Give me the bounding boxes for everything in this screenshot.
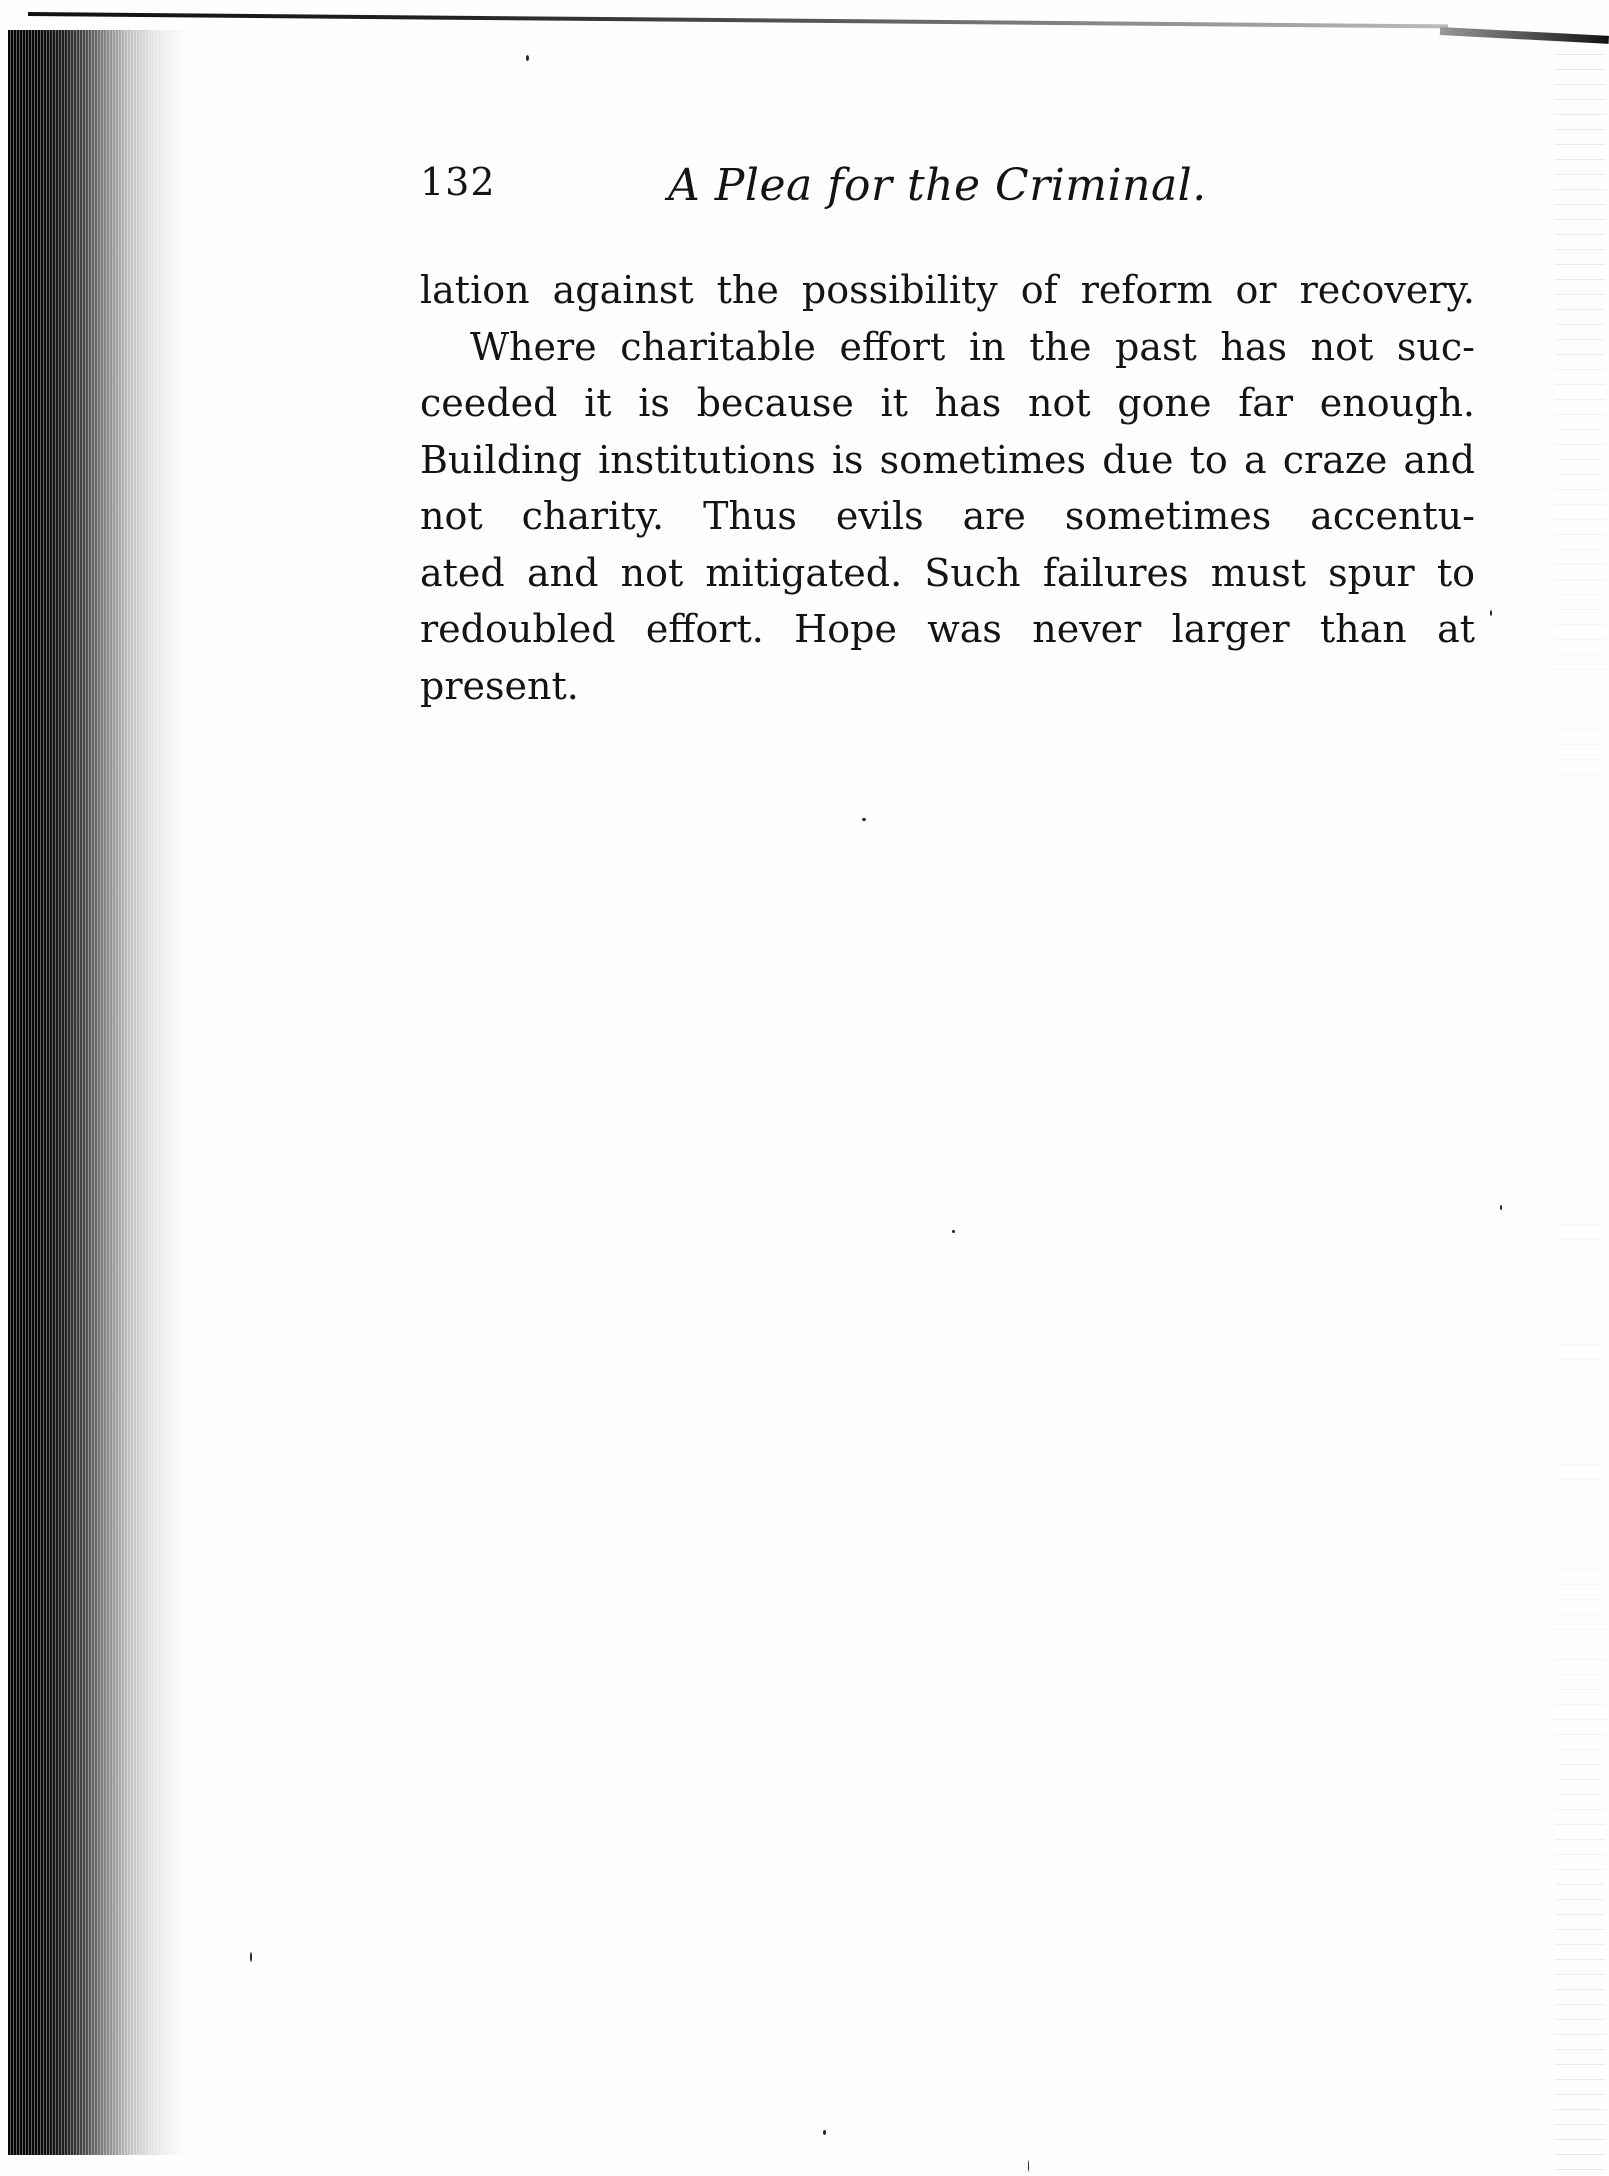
- page-number: 132: [420, 160, 496, 204]
- text-line: not charity. Thus evils are sometimes ac…: [420, 488, 1475, 545]
- text-line: lation against the possibility of reform…: [420, 262, 1475, 319]
- running-title: A Plea for the Criminal.: [668, 160, 1207, 211]
- scan-speck: [952, 1230, 955, 1233]
- scan-speck: [1490, 610, 1492, 616]
- scan-speck: [526, 55, 529, 61]
- body-paragraph: lation against the possibility of reform…: [420, 262, 1475, 714]
- text-line: ceeded it is because it has not gone far…: [420, 375, 1475, 432]
- page-binding-shadow: [8, 30, 188, 2155]
- scan-speck: [823, 2130, 826, 2135]
- page-right-edge-speckle: [1555, 40, 1605, 2176]
- text-line: ated and not mitigated. Such failures mu…: [420, 545, 1475, 602]
- text-line: redoubled effort. Hope was never larger …: [420, 601, 1475, 658]
- scan-speck: [250, 1952, 252, 1962]
- scan-speck: [1350, 280, 1353, 283]
- scan-speck: [862, 818, 866, 821]
- running-head: 132 A Plea for the Criminal.: [420, 160, 1480, 220]
- book-page: 132 A Plea for the Criminal. lation agai…: [0, 0, 1609, 2176]
- scan-speck: [1500, 1205, 1502, 1210]
- scan-speck: [1028, 2160, 1029, 2172]
- page-top-edge: [28, 12, 1448, 28]
- text-line: Where charitable effort in the past has …: [420, 319, 1475, 376]
- text-line: Building institutions is sometimes due t…: [420, 432, 1475, 489]
- text-line: present.: [420, 658, 1475, 715]
